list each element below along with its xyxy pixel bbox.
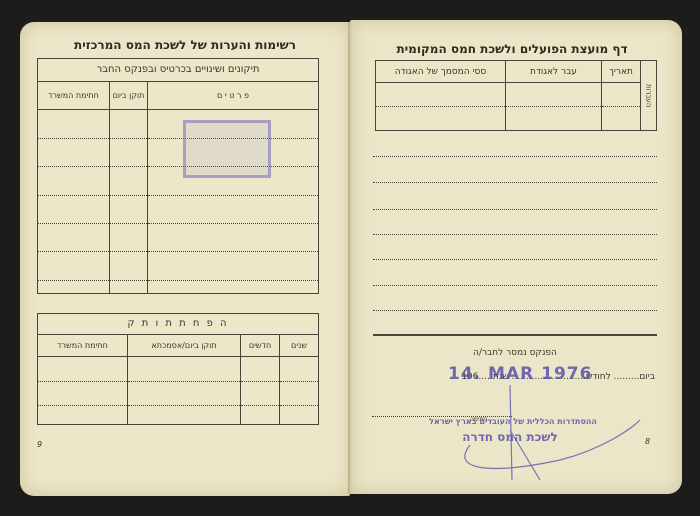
- reduction-table-title: ה פ ח ת ת ו ת ק: [38, 314, 319, 335]
- notes-line: [373, 259, 657, 260]
- notes-line: [373, 209, 657, 210]
- col-date: תאריך: [602, 61, 641, 83]
- notes-line: [373, 285, 657, 286]
- table-row: [38, 167, 319, 195]
- transfers-side-label: העברות: [641, 61, 657, 131]
- right-page-title: דף מועצת הפועלים ולשכת חמס המקומית: [362, 42, 662, 56]
- col-corrected-date: תוקן ביום: [110, 81, 148, 109]
- page-number-left: 9: [37, 440, 42, 449]
- corrections-table-title: תיקונים ושינויים בכרטיס ובפנקס החבר: [38, 59, 319, 82]
- col-corrected-ref: תוקן ביום/אסמכתא: [128, 334, 241, 357]
- notes-line: [373, 182, 657, 183]
- col-office-signature: חתימת המשרד: [38, 81, 110, 109]
- handover-label: הפנקס נמסר לחבר/ה: [360, 348, 670, 358]
- col-transferred-to: עבר לאגודת: [506, 61, 602, 83]
- corrections-table: תיקונים ושינויים בכרטיס ובפנקס החבר פ ר …: [37, 58, 319, 294]
- notes-line: [373, 310, 657, 311]
- left-page-title: רשימות והערות של לשכת המס המרכזית: [30, 38, 340, 52]
- transfers-table: העברות תאריך עבר לאגודת ססי המסמך של האג…: [375, 60, 657, 131]
- table-row: [376, 83, 657, 107]
- table-row: [38, 195, 319, 223]
- table-row: [38, 110, 319, 138]
- table-row: [38, 223, 319, 251]
- book-spine: [348, 22, 352, 494]
- table-row: [38, 357, 319, 382]
- page-number-right: 8: [645, 437, 650, 446]
- notes-line: [373, 156, 657, 157]
- col-office-signature: חתימת המשרד: [38, 334, 128, 357]
- divider: [373, 334, 657, 336]
- table-row: [38, 252, 319, 280]
- table-row: [38, 381, 319, 406]
- table-row: [38, 138, 319, 166]
- signature-scribble-icon: [430, 380, 650, 490]
- col-years: שנים: [280, 334, 319, 357]
- reduction-table: ה פ ח ת ת ו ת ק שנים חדשים תוקן ביום/אסמ…: [37, 313, 319, 425]
- col-details: פ ר ט י ם: [148, 81, 319, 109]
- notes-line: [373, 234, 657, 235]
- stamp-icon: [183, 120, 271, 178]
- col-union-doc-number: ססי המסמך של האגודה: [376, 61, 506, 83]
- col-months: חדשים: [241, 334, 280, 357]
